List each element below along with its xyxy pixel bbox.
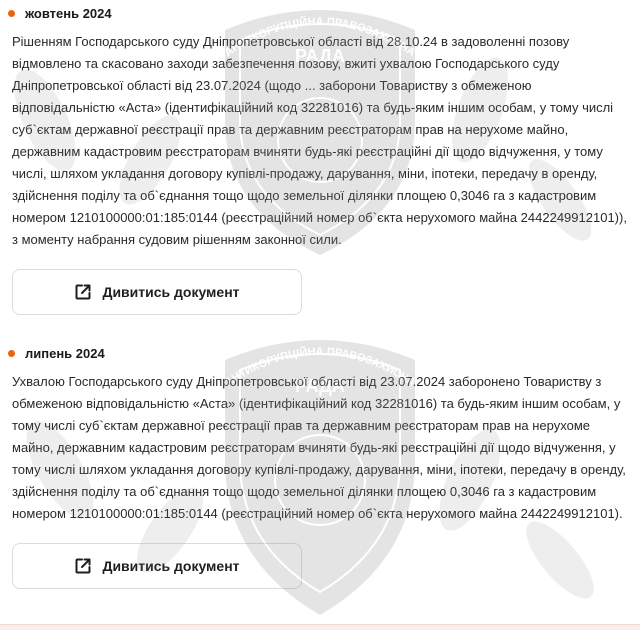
entry-date: липень 2024 — [25, 346, 105, 361]
entry-date: жовтень 2024 — [25, 6, 112, 21]
timeline-entry: липень 2024 Ухвалою Господарського суду … — [0, 340, 640, 589]
view-document-button[interactable]: Дивитись документ — [12, 543, 302, 589]
entry-header: липень 2024 — [0, 340, 640, 366]
view-document-label: Дивитись документ — [102, 558, 239, 574]
timeline-bullet-icon — [8, 10, 15, 17]
timeline-bullet-icon — [8, 350, 15, 357]
section-divider — [0, 624, 640, 630]
timeline-entry: жовтень 2024 Рішенням Господарського суд… — [0, 0, 640, 315]
view-document-label: Дивитись документ — [102, 284, 239, 300]
entry-header: жовтень 2024 — [0, 0, 640, 26]
external-link-icon — [74, 557, 92, 575]
entry-text: Ухвалою Господарського суду Дніпропетров… — [0, 371, 640, 525]
view-document-button[interactable]: Дивитись документ — [12, 269, 302, 315]
entry-text: Рішенням Господарського суду Дніпропетро… — [0, 31, 640, 251]
external-link-icon — [74, 283, 92, 301]
